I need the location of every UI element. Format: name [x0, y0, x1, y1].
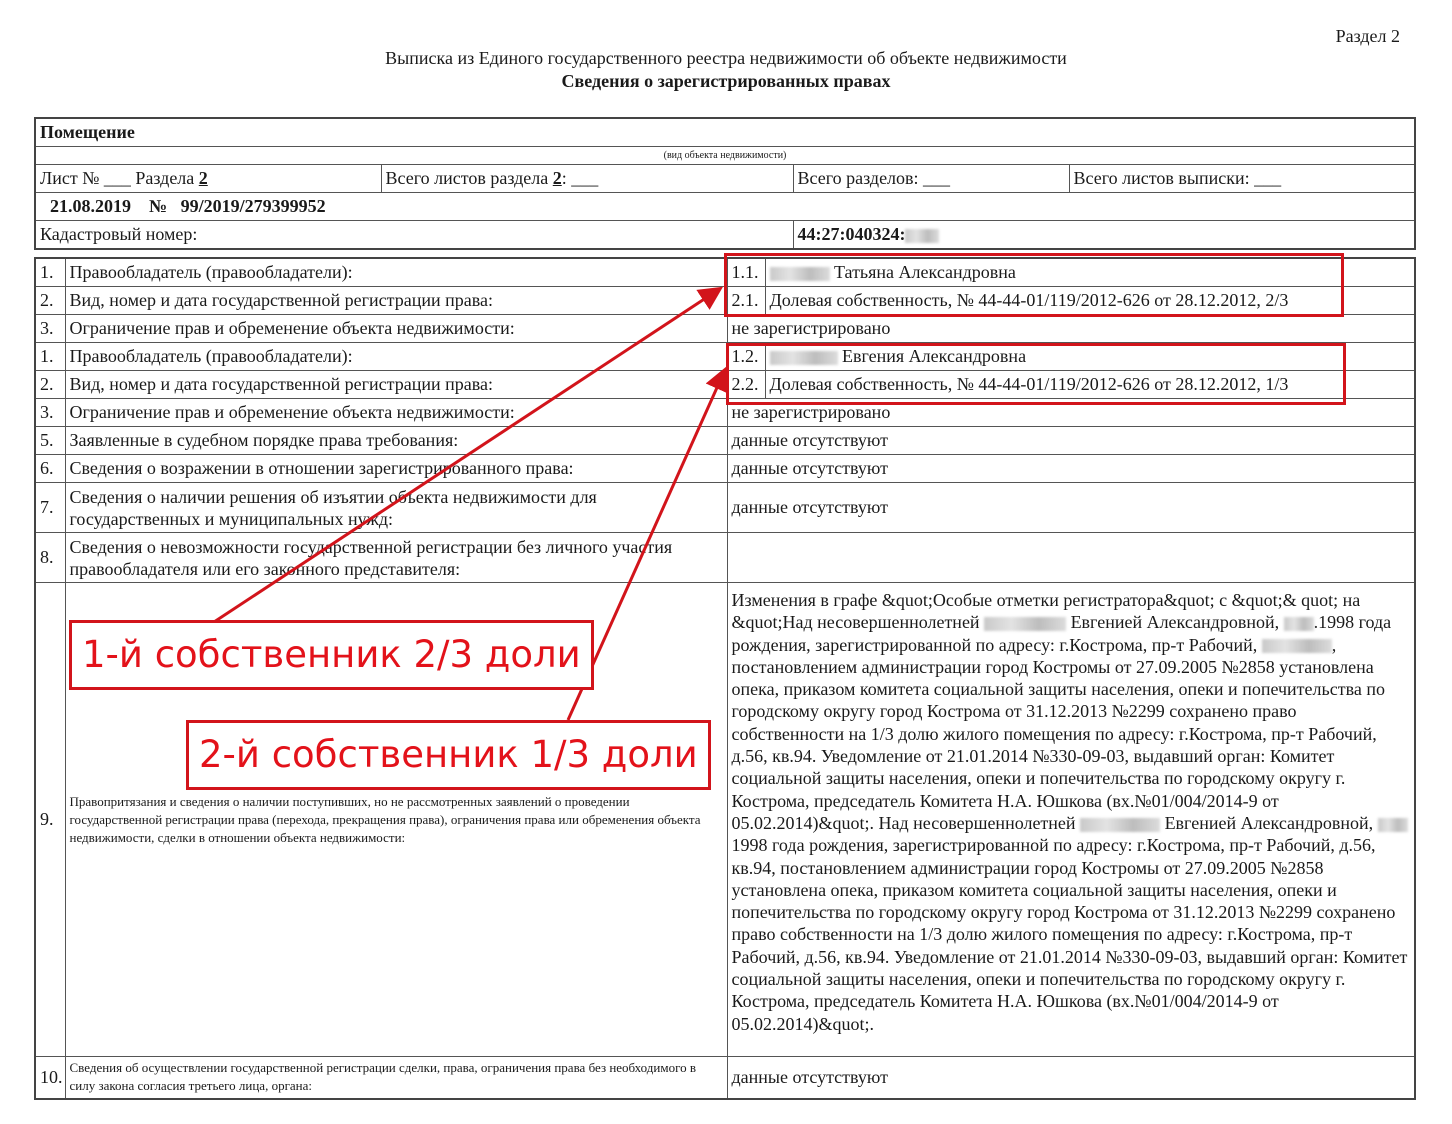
row-value: данные отсутствуют: [727, 1057, 1415, 1099]
table-row: 3. Ограничение прав и обременение объект…: [35, 315, 1415, 343]
row-label: Ограничение прав и обременение объекта н…: [65, 399, 727, 427]
row-number: 3.: [35, 399, 65, 427]
owner1-highlight: [724, 253, 1344, 317]
total-sheets: Всего листов выписки: ___: [1069, 165, 1415, 193]
row-value: данные отсутствуют: [727, 427, 1415, 455]
row-number: 6.: [35, 455, 65, 483]
row-label: Сведения о возражении в отношении зареги…: [65, 455, 727, 483]
owner1-callout: 1-й собственник 2/3 доли: [69, 620, 594, 690]
extract-date-number: 21.08.2019 № 99/2019/279399952: [35, 193, 1415, 221]
row-label: Ограничение прав и обременение объекта н…: [65, 315, 727, 343]
row-label: Сведения об осуществлении государственно…: [65, 1057, 727, 1099]
row-number: 5.: [35, 427, 65, 455]
row-label: Правообладатель (правообладатели):: [65, 343, 727, 371]
row-value: [727, 533, 1415, 583]
table-row: 8. Сведения о невозможности государствен…: [35, 533, 1415, 583]
cadastral-label: Кадастровый номер:: [35, 221, 793, 250]
row-number: 2.: [35, 287, 65, 315]
row-label: Заявленные в судебном порядке права треб…: [65, 427, 727, 455]
row-number: 2.: [35, 371, 65, 399]
row-number: 7.: [35, 483, 65, 533]
table-row: 5. Заявленные в судебном порядке права т…: [35, 427, 1415, 455]
object-type-caption: (вид объекта недвижимости): [35, 147, 1415, 165]
row-number: 1.: [35, 343, 65, 371]
row-value: данные отсутствуют: [727, 483, 1415, 533]
table-row: 10. Сведения об осуществлении государств…: [35, 1057, 1415, 1099]
owner2-highlight: [726, 343, 1346, 405]
document-subtitle: Сведения о зарегистрированных правах: [0, 71, 1452, 92]
row-number: 8.: [35, 533, 65, 583]
row-number: 3.: [35, 315, 65, 343]
row-label: Сведения о невозможности государственной…: [65, 533, 727, 583]
table-row: 6. Сведения о возражении в отношении зар…: [35, 455, 1415, 483]
row-label: Вид, номер и дата государственной регист…: [65, 287, 727, 315]
row-label: Сведения о наличии решения об изъятии об…: [65, 483, 727, 533]
row-number: 1.: [35, 258, 65, 287]
row-label: Правообладатель (правообладатели):: [65, 258, 727, 287]
owner2-callout: 2-й собственник 1/3 доли: [186, 720, 711, 790]
table-row: 7. Сведения о наличии решения об изъятии…: [35, 483, 1415, 533]
sheet-number: Лист № ___ Раздела 2: [35, 165, 381, 193]
total-sections: Всего разделов: ___: [793, 165, 1069, 193]
total-sheets-section: Всего листов раздела 2: ___: [381, 165, 793, 193]
cadastral-number: 44:27:040324:: [793, 221, 1415, 250]
object-header-table: Помещение (вид объекта недвижимости) Лис…: [34, 117, 1416, 250]
section-label: Раздел 2: [1336, 26, 1400, 47]
row-value: не зарегистрировано: [727, 315, 1415, 343]
claims-text: Изменения в графе &quot;Особые отметки р…: [727, 583, 1415, 1057]
document-title: Выписка из Единого государственного реес…: [0, 48, 1452, 69]
row-value: данные отсутствуют: [727, 455, 1415, 483]
row-number: 10.: [35, 1057, 65, 1099]
object-type: Помещение: [35, 118, 1415, 147]
row-label: Вид, номер и дата государственной регист…: [65, 371, 727, 399]
row-number: 9.: [35, 583, 65, 1057]
